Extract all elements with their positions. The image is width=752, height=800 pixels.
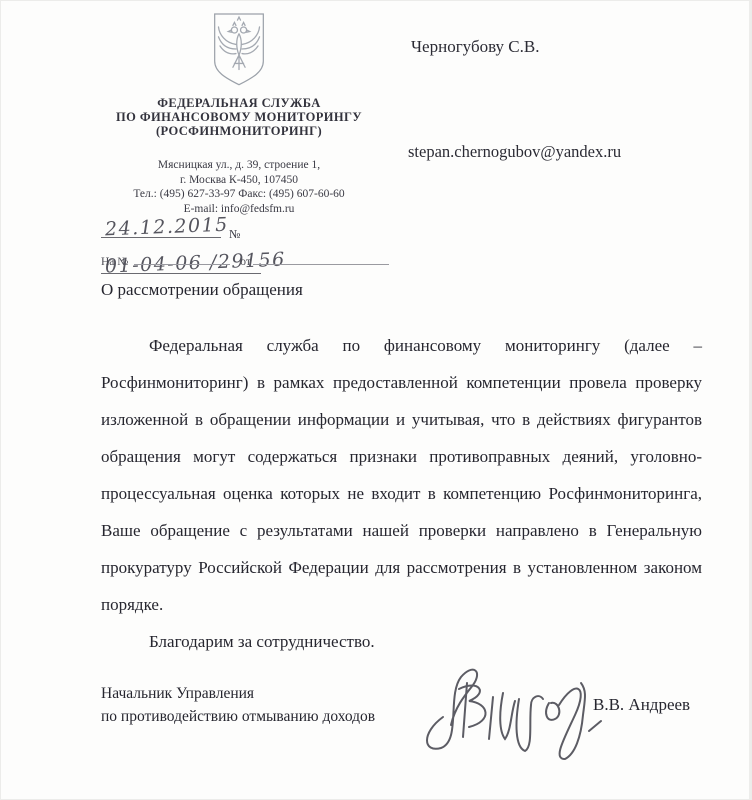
number-sign: № (229, 227, 240, 242)
address-line: г. Москва К-450, 107450 (83, 173, 395, 188)
subject-line: О рассмотрении обращения (101, 280, 303, 300)
incoming-reference-row: На №от (101, 251, 389, 268)
recipient-name: Черногубову С.В. (411, 37, 539, 57)
closing-line: Благодарим за сотрудничество. (101, 623, 702, 660)
org-name-line: ПО ФИНАНСОВОМУ МОНИТОРИНГУ (83, 110, 395, 124)
signer-title: Начальник Управления по противодействию … (101, 683, 375, 728)
reply-date-blank (253, 251, 389, 265)
body-paragraph: Федеральная служба по финансовому монито… (101, 327, 702, 623)
outgoing-reference-row: 24.12.2015№01-04-06 /29156 (101, 207, 401, 245)
org-name: ФЕДЕРАЛЬНАЯ СЛУЖБА ПО ФИНАНСОВОМУ МОНИТО… (83, 96, 395, 138)
address-line: Тел.: (495) 627-33-97 Факс: (495) 607-60… (83, 187, 395, 202)
org-name-line: (РОСФИНМОНИТОРИНГ) (83, 124, 395, 138)
handwritten-date: 24.12.2015 (105, 214, 230, 241)
reply-number-blank (134, 251, 230, 265)
org-name-line: ФЕДЕРАЛЬНАЯ СЛУЖБА (83, 96, 395, 110)
signature-scribble (413, 653, 603, 768)
coat-of-arms-double-headed-eagle-icon (196, 11, 282, 87)
signer-title-line: по противодействию отмыванию доходов (101, 706, 375, 729)
reply-from-label: от (240, 256, 251, 268)
letterhead: ФЕДЕРАЛЬНАЯ СЛУЖБА ПО ФИНАНСОВОМУ МОНИТО… (83, 11, 395, 216)
scanned-letter-page: ФЕДЕРАЛЬНАЯ СЛУЖБА ПО ФИНАНСОВОМУ МОНИТО… (0, 0, 752, 800)
signer-name: В.В. Андреев (593, 695, 690, 715)
address-line: Мясницкая ул., д. 39, строение 1, (83, 158, 395, 173)
reply-prefix-label: На № (101, 256, 128, 268)
signer-title-line: Начальник Управления (101, 683, 375, 706)
letter-body: Федеральная служба по финансовому монито… (101, 327, 702, 660)
recipient-email: stepan.chernogubov@yandex.ru (408, 142, 621, 162)
date-blank-line: 24.12.2015 (101, 207, 221, 238)
